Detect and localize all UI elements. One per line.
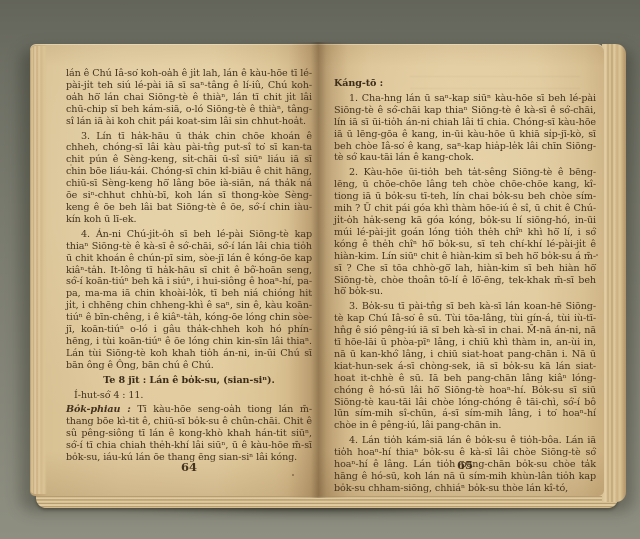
paragraph-2: 2. Kàu-hōe ūi-tio̍h beh ta̍t-sêng Siōng-…: [334, 167, 596, 298]
paragraph-3: 3. Bo̍k-su tī pài-tn̂g sī beh kà-sī lán …: [334, 301, 596, 432]
goal-label: Bo̍k-phiau :: [66, 404, 131, 415]
paragraph-1: 1. Cha-hng lán ū saⁿ-kap siūⁿ kàu-hōe sī…: [334, 93, 596, 164]
right-page: Káng-tō : 1. Cha-hng lán ū saⁿ-kap siūⁿ …: [318, 44, 604, 496]
right-page-text-column: Káng-tō : 1. Cha-hng lán ū saⁿ-kap siūⁿ …: [334, 78, 596, 498]
paper-speck: [70, 164, 72, 166]
goal-paragraph: Bo̍k-phiau : Tī kàu-hōe seng-oa̍h tiong …: [66, 404, 312, 464]
left-page: lán ê Chú Iâ-so͘ koh-oa̍h ê ji̍t lah, lá…: [30, 44, 318, 496]
paragraph-3: 3. Lín tī ha̍k-hāu ū tha̍k chin chōe kho…: [66, 131, 312, 226]
paper-speck: [596, 254, 598, 256]
page-stack-right-edge: [602, 44, 626, 502]
scripture-reference: Í-hut-só͘ 4 : 11.: [66, 390, 312, 402]
paragraph-continuation: lán ê Chú Iâ-so͘ koh-oa̍h ê ji̍t lah, lá…: [66, 68, 312, 128]
page-number-64: 64: [66, 460, 312, 474]
paragraph-4: 4. Án-ni Chú-ji̍t-o̍h sī beh lé-pài Siōn…: [66, 229, 312, 372]
lesson-day-heading: Te 8 jīt : Lán ê bo̍k-su, (sian-siⁿ).: [66, 375, 312, 387]
ink-speck: [292, 474, 294, 476]
page-number-65: 65: [334, 458, 596, 472]
left-page-text-column: lán ê Chú Iâ-so͘ koh-oa̍h ê ji̍t lah, lá…: [66, 68, 312, 467]
sermon-section-heading: Káng-tō :: [334, 78, 596, 90]
open-book: lán ê Chú Iâ-so͘ koh-oa̍h ê ji̍t lah, lá…: [26, 42, 626, 508]
photographed-book-scene: lán ê Chú Iâ-so͘ koh-oa̍h ê ji̍t lah, lá…: [0, 0, 640, 539]
